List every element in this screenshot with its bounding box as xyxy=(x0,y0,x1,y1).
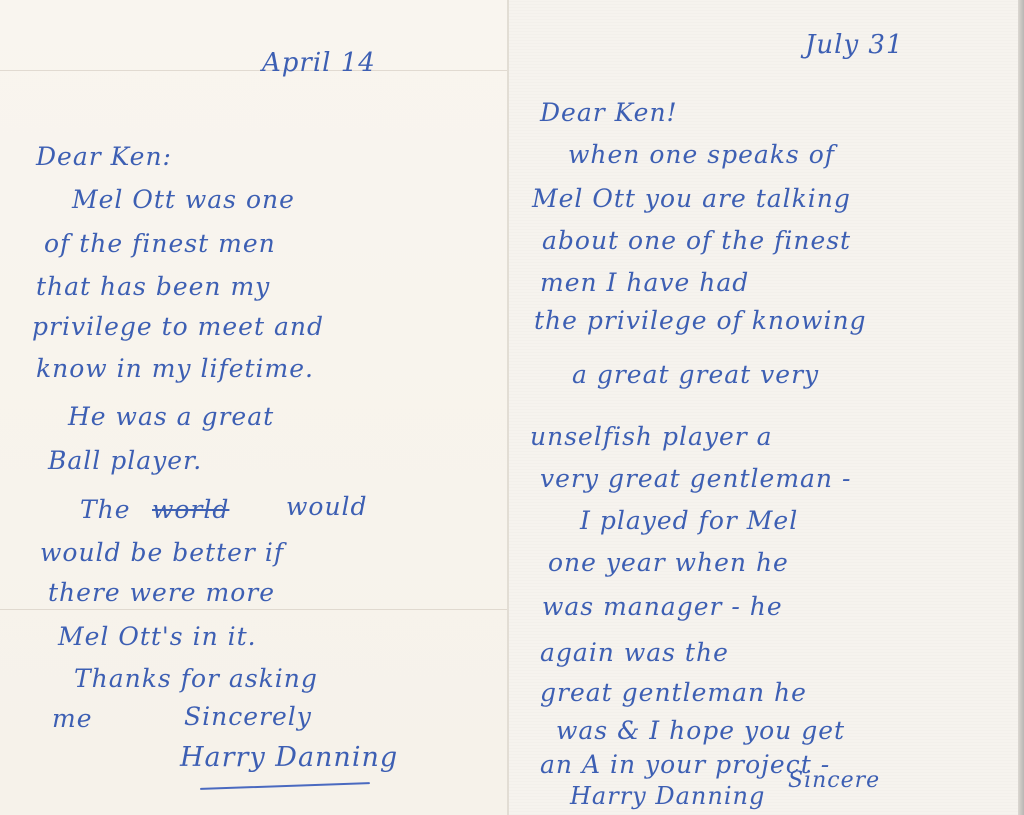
right-letter-closing: Sincere xyxy=(788,768,880,793)
left-letter-date: April 14 xyxy=(262,48,376,78)
left-letter-line: of the finest men xyxy=(44,229,276,258)
right-letter-line: was & I hope you get xyxy=(556,716,845,745)
left-letter-line: know in my lifetime. xyxy=(36,354,314,383)
right-letter-line: an A in your project - xyxy=(540,750,830,779)
left-letter-line: Mel Ott was one xyxy=(72,185,295,214)
right-letter-line: unselfish player a xyxy=(530,422,773,451)
left-letter-line: would xyxy=(286,492,368,521)
paper-edge xyxy=(1018,0,1024,815)
left-letter-line: Ball player. xyxy=(48,446,202,475)
right-letter-line: great gentleman he xyxy=(540,678,807,707)
right-letter-line: one year when he xyxy=(548,548,789,577)
right-letter-line: when one speaks of xyxy=(568,140,835,169)
right-letter-line: about one of the finest xyxy=(542,226,851,255)
left-letter-line: that has been my xyxy=(36,272,270,301)
right-letter-line: men I have had xyxy=(540,268,749,297)
left-letter-salutation: Dear Ken: xyxy=(36,142,172,171)
right-letter-date: July 31 xyxy=(805,30,904,60)
left-letter-closing: Sincerely xyxy=(184,702,312,731)
right-letter-signature: Harry Danning xyxy=(570,782,765,810)
left-letter-line: me xyxy=(52,704,93,733)
left-letter-line: would be better if xyxy=(40,538,284,567)
fold-line xyxy=(0,609,507,610)
fold-line xyxy=(0,70,507,71)
left-letter-line: Mel Ott's in it. xyxy=(58,622,257,651)
right-letter-line: the privilege of knowing xyxy=(534,306,867,335)
right-letter-line: very great gentleman - xyxy=(540,464,851,493)
right-letter-salutation: Dear Ken! xyxy=(540,98,678,127)
right-letter-line: was manager - he xyxy=(542,592,783,621)
left-letter-line: The xyxy=(80,495,131,524)
right-letter-line: a great great very xyxy=(572,360,819,389)
left-letter-line: privilege to meet and xyxy=(32,312,324,341)
left-letter-struck-word: world xyxy=(152,495,229,524)
left-letter-line: He was a great xyxy=(68,402,274,431)
left-letter-line: Thanks for asking xyxy=(74,664,318,693)
right-letter-line: again was the xyxy=(540,638,729,667)
right-letter-line: Mel Ott you are talking xyxy=(532,184,851,213)
left-letter-signature: Harry Danning xyxy=(180,742,398,773)
left-letter-line: there were more xyxy=(48,578,275,607)
right-letter-line: I played for Mel xyxy=(580,506,798,535)
